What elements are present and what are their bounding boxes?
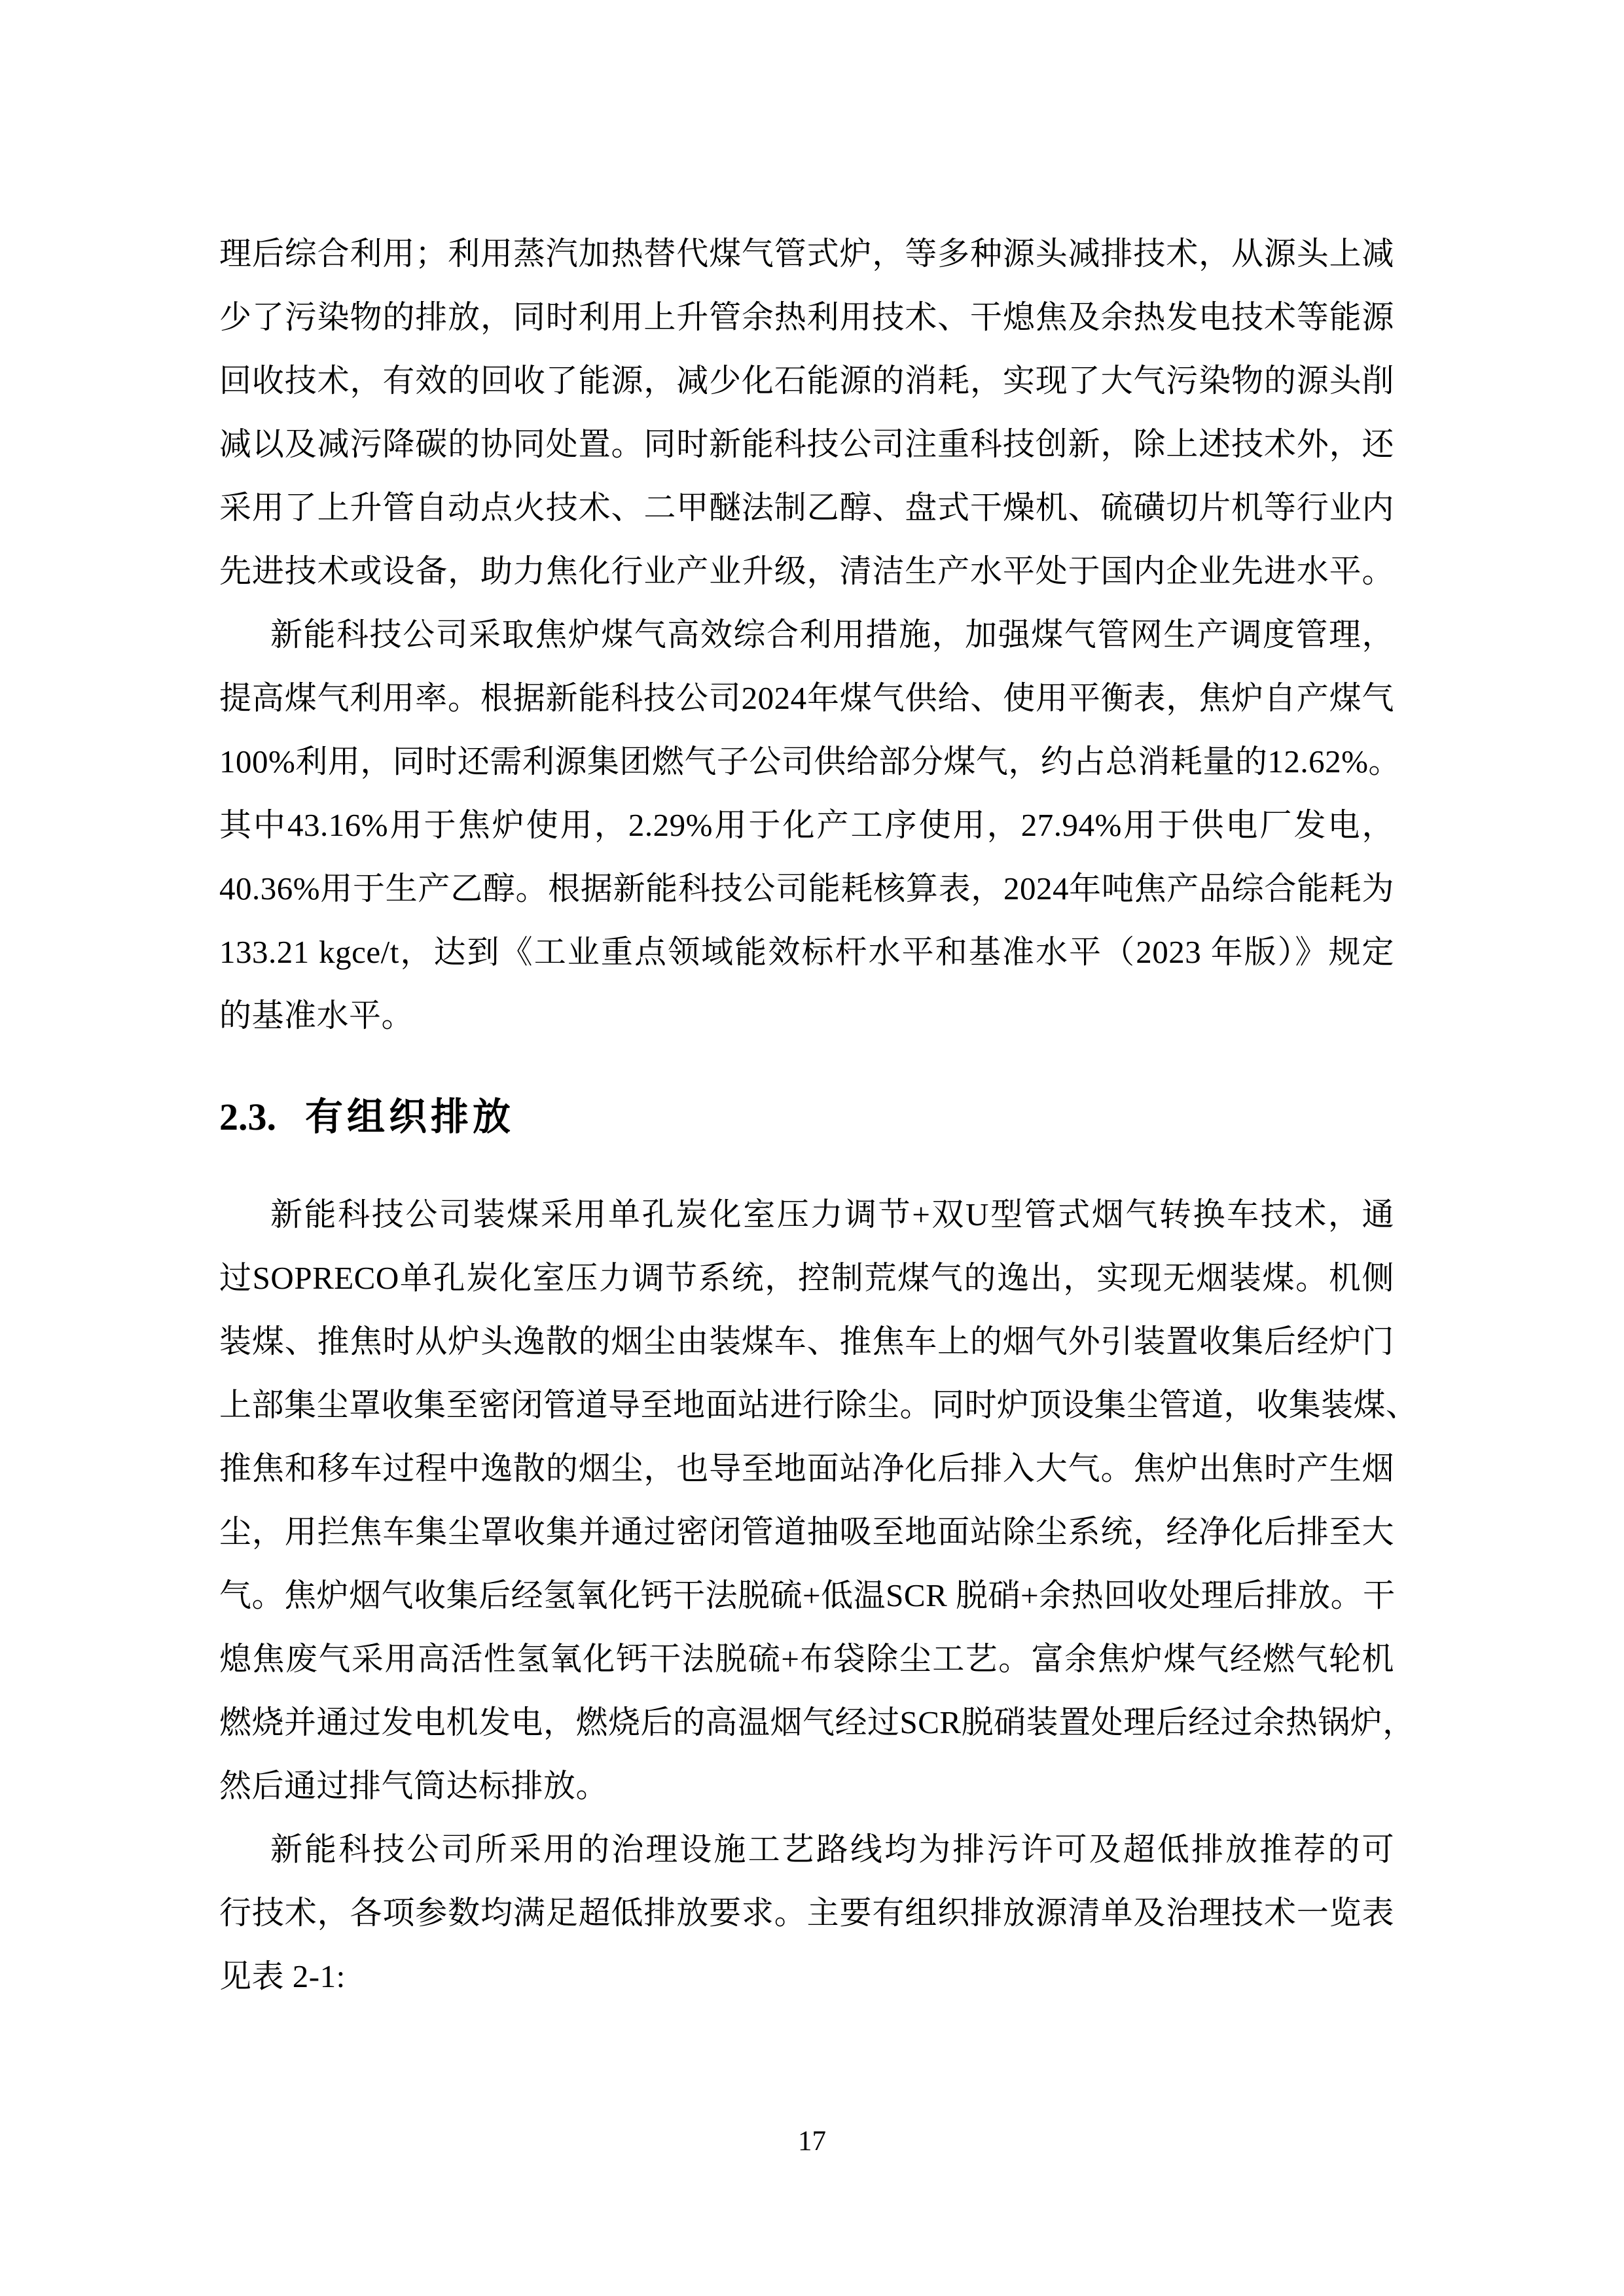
text-line: 然后通过排气筒达标排放。 bbox=[219, 1754, 1394, 1818]
text-line: 提高煤气利用率。根据新能科技公司2024年煤气供给、使用平衡表，焦炉自产煤气 bbox=[219, 666, 1394, 730]
text-line: 新能科技公司装煤采用单孔炭化室压力调节+双U型管式烟气转换车技术，通 bbox=[219, 1183, 1394, 1246]
text-line: 上部集尘罩收集至密闭管道导至地面站进行除尘。同时炉顶设集尘管道，收集装煤、 bbox=[219, 1373, 1394, 1437]
text-line: 气。焦炉烟气收集后经氢氧化钙干法脱硫+低温SCR 脱硝+余热回收处理后排放。干 bbox=[219, 1564, 1394, 1627]
text-line: 推焦和移车过程中逸散的烟尘，也导至地面站净化后排入大气。焦炉出焦时产生烟 bbox=[219, 1437, 1394, 1500]
text-line: 见表 2-1: bbox=[219, 1945, 1394, 2008]
text-line: 尘，用拦焦车集尘罩收集并通过密闭管道抽吸至地面站除尘系统，经净化后排至大 bbox=[219, 1500, 1394, 1564]
section-title: 有组织排放 bbox=[305, 1096, 514, 1138]
text-line: 的基准水平。 bbox=[219, 984, 1394, 1047]
text-line: 熄焦废气采用高活性氢氧化钙干法脱硫+布袋除尘工艺。富余焦炉煤气经燃气轮机 bbox=[219, 1627, 1394, 1691]
text-line: 133.21 kgce/t，达到《工业重点领域能效标杆水平和基准水平（2023 … bbox=[219, 920, 1394, 984]
text-line: 减以及减污降碳的协同处置。同时新能科技公司注重科技创新，除上述技术外，还 bbox=[219, 412, 1394, 476]
page-number: 17 bbox=[0, 2126, 1624, 2157]
text-line: 装煤、推焦时从炉头逸散的烟尘由装煤车、推焦车上的烟气外引装置收集后经炉门 bbox=[219, 1310, 1394, 1373]
text-line: 先进技术或设备，助力焦化行业产业升级，清洁生产水平处于国内企业先进水平。 bbox=[219, 539, 1394, 603]
section-heading: 2.3.有组织排放 bbox=[219, 1085, 1394, 1149]
text-line: 新能科技公司所采用的治理设施工艺路线均为排污许可及超低排放推荐的可 bbox=[219, 1818, 1394, 1881]
text-line: 100%利用，同时还需利源集团燃气子公司供给部分煤气，约占总消耗量的12.62%… bbox=[219, 730, 1394, 793]
text-line: 40.36%用于生产乙醇。根据新能科技公司能耗核算表，2024年吨焦产品综合能耗… bbox=[219, 857, 1394, 920]
text-line: 行技术，各项参数均满足超低排放要求。主要有组织排放源清单及治理技术一览表 bbox=[219, 1881, 1394, 1945]
text-line: 理后综合利用；利用蒸汽加热替代煤气管式炉，等多种源头减排技术，从源头上减 bbox=[219, 222, 1394, 285]
text-line: 回收技术，有效的回收了能源，减少化石能源的消耗，实现了大气污染物的源头削 bbox=[219, 349, 1394, 412]
text-line: 采用了上升管自动点火技术、二甲醚法制乙醇、盘式干燥机、硫磺切片机等行业内 bbox=[219, 476, 1394, 539]
page-content: 理后综合利用；利用蒸汽加热替代煤气管式炉，等多种源头减排技术，从源头上减 少了污… bbox=[219, 222, 1394, 2008]
text-line: 少了污染物的排放，同时利用上升管余热利用技术、干熄焦及余热发电技术等能源 bbox=[219, 285, 1394, 349]
text-line: 其中43.16%用于焦炉使用，2.29%用于化产工序使用，27.94%用于供电厂… bbox=[219, 793, 1394, 857]
section-number: 2.3. bbox=[219, 1096, 276, 1138]
text-line: 新能科技公司采取焦炉煤气高效综合利用措施，加强煤气管网生产调度管理， bbox=[219, 603, 1394, 666]
text-line: 燃烧并通过发电机发电，燃烧后的高温烟气经过SCR脱硝装置处理后经过余热锅炉， bbox=[219, 1691, 1394, 1754]
text-line: 过SOPRECO单孔炭化室压力调节系统，控制荒煤气的逸出，实现无烟装煤。机侧 bbox=[219, 1246, 1394, 1310]
